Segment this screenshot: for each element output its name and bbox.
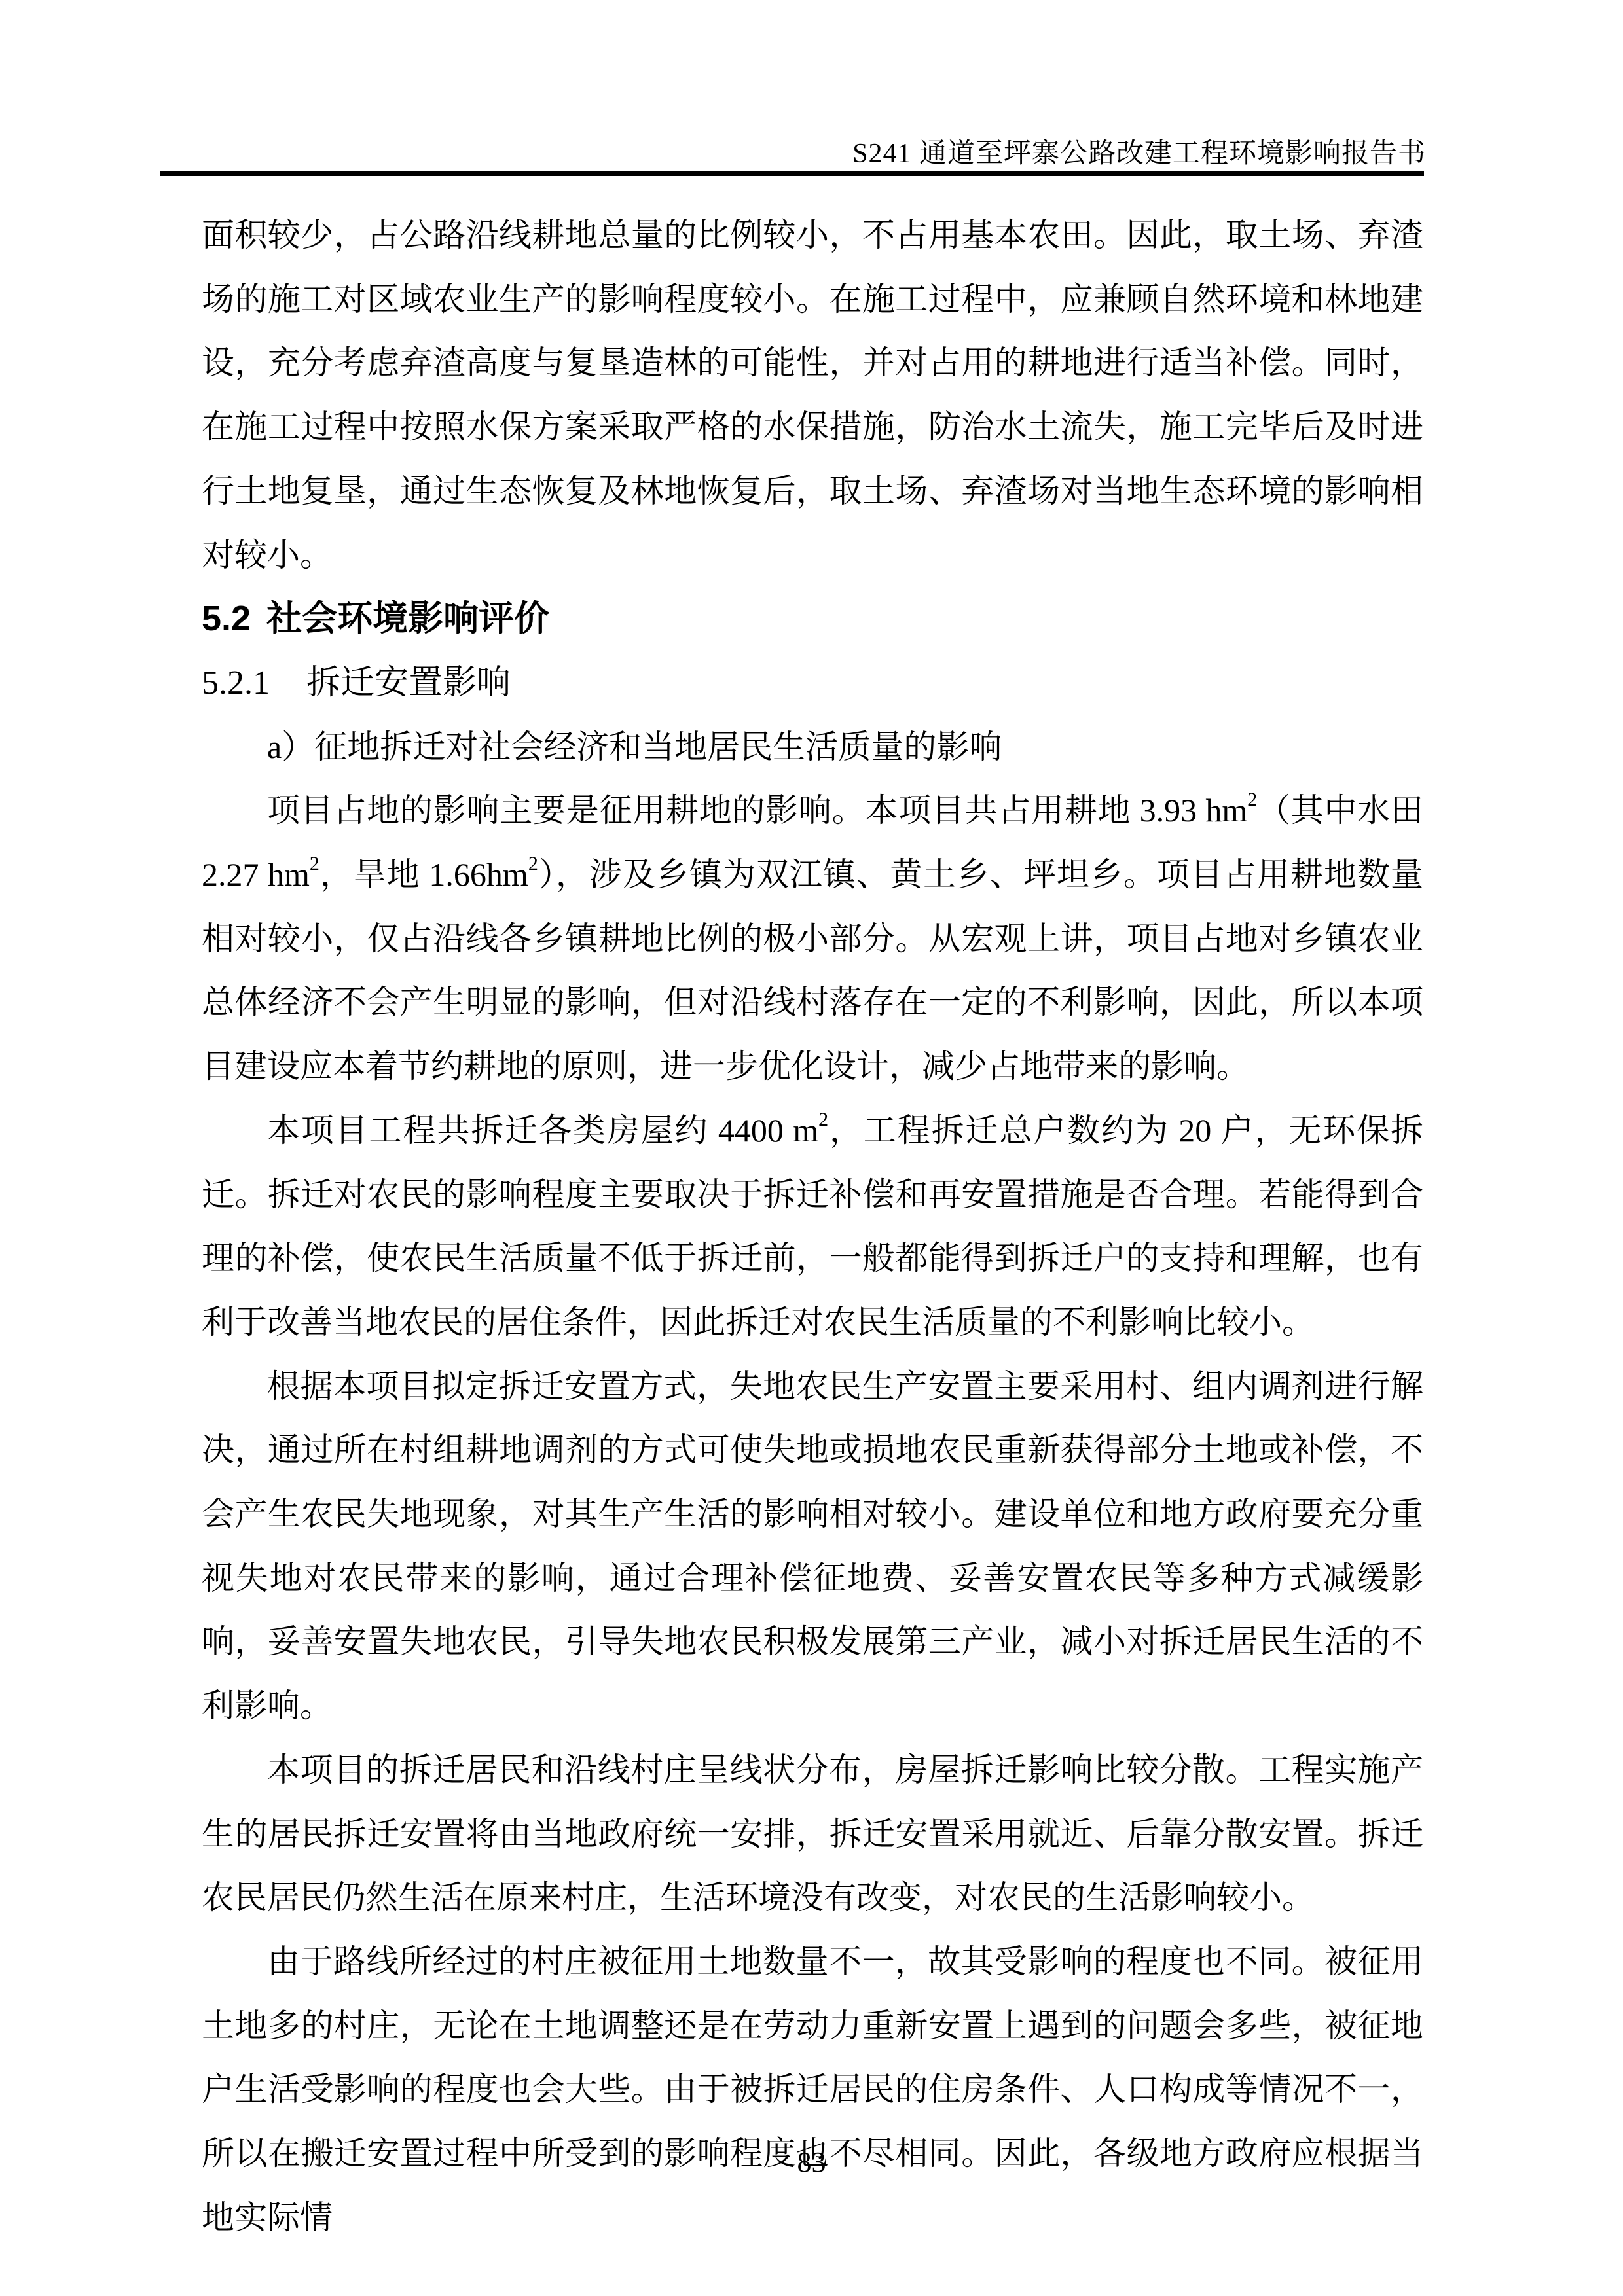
- paragraph: a）征地拆迁对社会经济和当地居民生活质量的影响: [202, 715, 1423, 780]
- paragraph: 项目占地的影响主要是征用耕地的影响。本项目共占用耕地 3.93 hm2（其中水田…: [202, 779, 1423, 1099]
- page-number: 83: [0, 2148, 1623, 2177]
- section-heading: 5.2社会环境影响评价: [202, 587, 1423, 651]
- heading-title: 社会环境影响评价: [266, 599, 549, 638]
- heading-number: 5.2: [202, 599, 251, 638]
- paragraph: 由于路线所经过的村庄被征用土地数量不一，故其受影响的程度也不同。被征用土地多的村…: [202, 1930, 1423, 2250]
- document-body: 面积较少，占公路沿线耕地总量的比例较小，不占用基本农田。因此，取土场、弃渣场的施…: [202, 204, 1423, 2250]
- paragraph: 面积较少，占公路沿线耕地总量的比例较小，不占用基本农田。因此，取土场、弃渣场的施…: [202, 204, 1423, 587]
- heading-number: 5.2.1: [202, 664, 270, 702]
- paragraph: 本项目的拆迁居民和沿线村庄呈线状分布，房屋拆迁影响比较分散。工程实施产生的居民拆…: [202, 1738, 1423, 1930]
- page-header-title: S241 通道至坪寨公路改建工程环境影响报告书: [852, 139, 1426, 169]
- header-divider-rule: [160, 171, 1424, 176]
- paragraph: 根据本项目拟定拆迁安置方式，失地农民生产安置主要采用村、组内调剂进行解决，通过所…: [202, 1355, 1423, 1738]
- superscript: 2: [310, 853, 319, 874]
- superscript: 2: [528, 853, 538, 874]
- subsection-heading: 5.2.1拆迁安置影响: [202, 651, 1423, 715]
- heading-title: 拆迁安置影响: [306, 664, 511, 702]
- paragraph: 本项目工程共拆迁各类房屋约 4400 m2，工程拆迁总户数约为 20 户，无环保…: [202, 1099, 1423, 1355]
- superscript: 2: [818, 1109, 828, 1130]
- superscript: 2: [1247, 789, 1257, 810]
- document-page: S241 通道至坪寨公路改建工程环境影响报告书 面积较少，占公路沿线耕地总量的比…: [0, 0, 1623, 2296]
